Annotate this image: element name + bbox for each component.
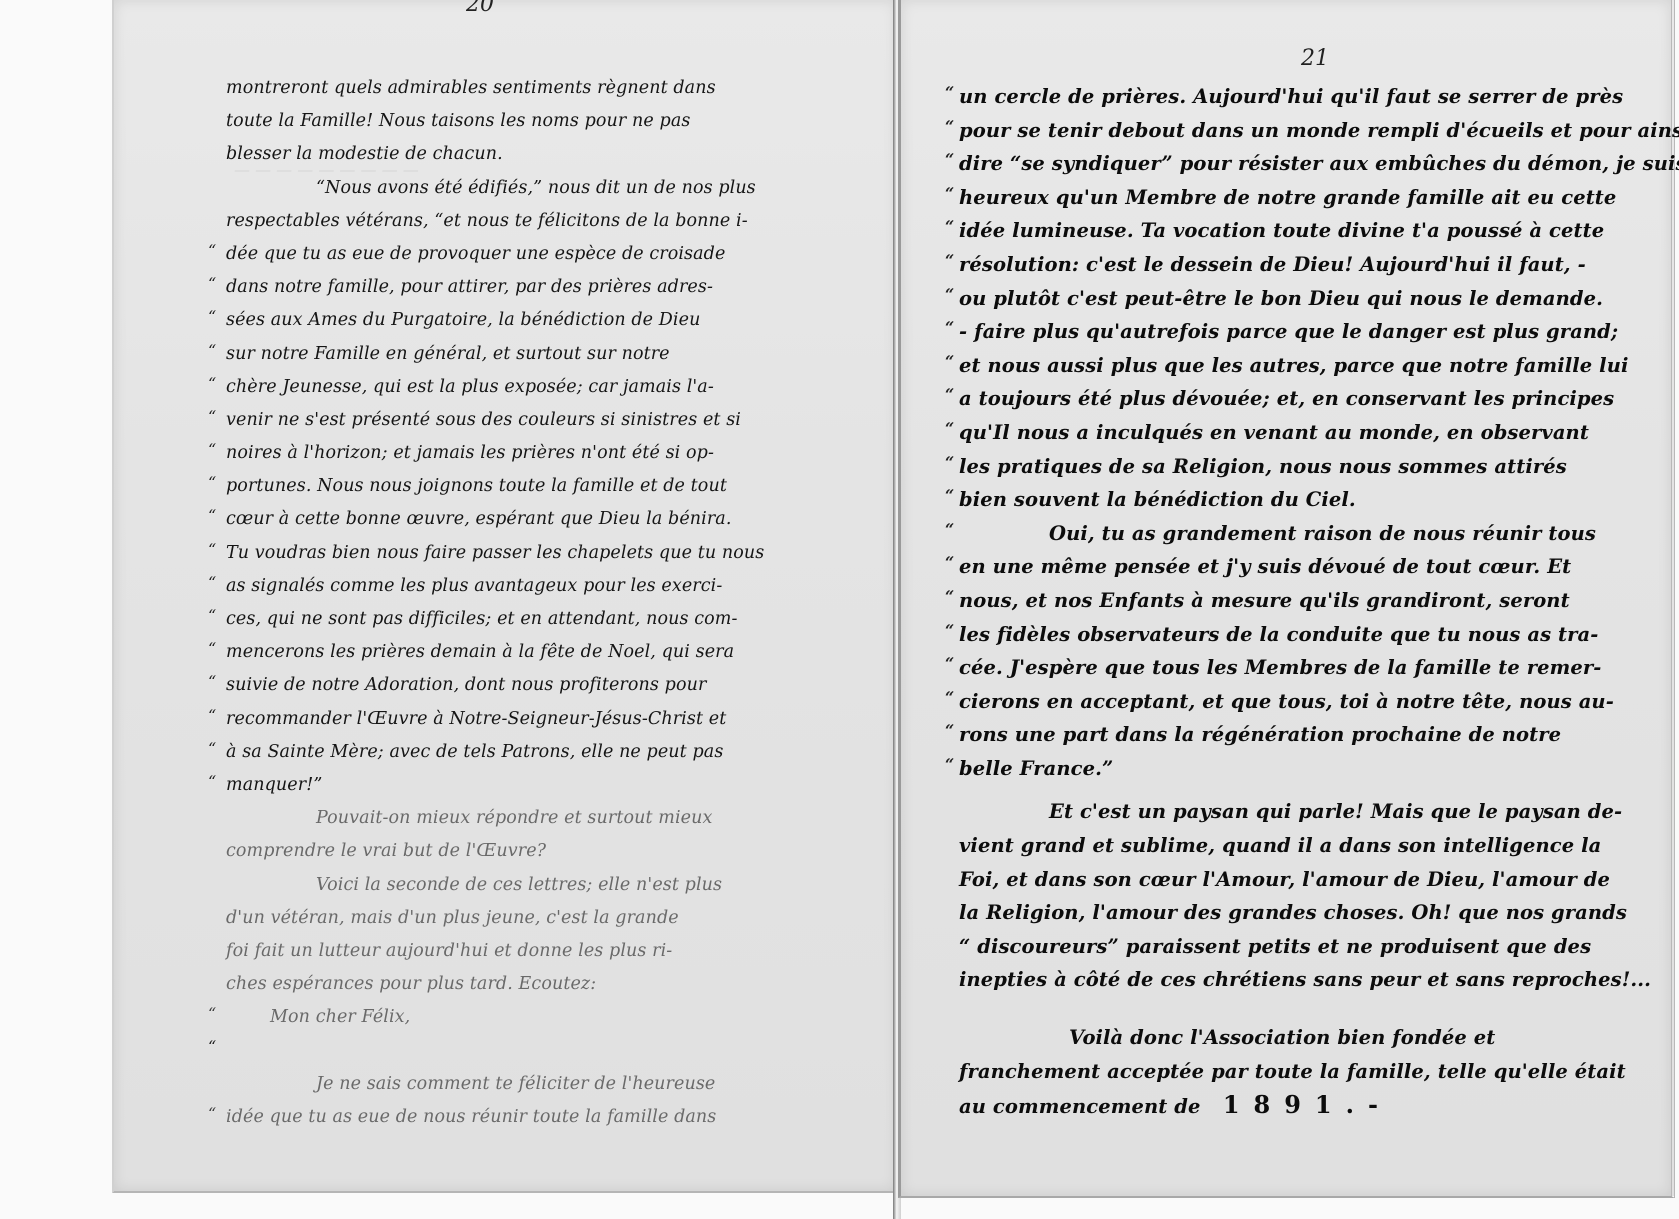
notebook-spread: 20 — — — — — — — — — montreront quels ad… (0, 0, 1679, 1219)
line-text: dire “se syndiquer” pour résister aux em… (959, 152, 1679, 175)
line-text: et nous aussi plus que les autres, parce… (959, 354, 1628, 377)
line-text: sur notre Famille en général, et surtout… (226, 344, 670, 364)
quote-mark-margin: “ (208, 300, 216, 333)
handwritten-line: “Mon cher Félix, (226, 1001, 866, 1034)
handwritten-line: “Tu voudras bien nous faire passer les c… (226, 537, 866, 570)
handwritten-line: “ discoureurs” paraissent petits et ne p… (959, 930, 1639, 964)
line-text: les pratiques de sa Religion, nous nous … (959, 455, 1567, 478)
handwritten-line: “manquer!” (226, 769, 866, 802)
handwritten-line: “nous, et nos Enfants à mesure qu'ils gr… (959, 584, 1639, 618)
handwritten-line: foi fait un lutteur aujourd'hui et donne… (226, 935, 866, 968)
handwritten-line: Voici la seconde de ces lettres; elle n'… (226, 869, 866, 902)
handwritten-line: inepties à côté de ces chrétiens sans pe… (959, 963, 1639, 997)
quote-mark-margin: “ (945, 76, 954, 110)
line-text: nous, et nos Enfants à mesure qu'ils gra… (959, 589, 1570, 612)
line-text: Foi, et dans son cœur l'Amour, l'amour d… (959, 868, 1610, 891)
line-text: vient grand et sublime, quand il a dans … (959, 834, 1601, 857)
line-text: idée que tu as eue de nous réunir toute … (226, 1107, 716, 1127)
handwritten-line: “en une même pensée et j'y suis dévoué d… (959, 550, 1639, 584)
handwritten-line: vient grand et sublime, quand il a dans … (959, 829, 1639, 863)
line-text: Voilà donc l'Association bien fondée et (1069, 1026, 1495, 1049)
quote-mark-margin: “ (208, 566, 216, 599)
handwritten-line: “à sa Sainte Mère; avec de tels Patrons,… (226, 736, 866, 769)
handwritten-line: Pouvait-on mieux répondre et surtout mie… (226, 802, 866, 835)
quote-mark-margin: “ (208, 632, 216, 665)
line-text: Voici la seconde de ces lettres; elle n'… (316, 875, 722, 895)
line-text: au commencement de (959, 1095, 1200, 1118)
year-text: 1891.- (1200, 1090, 1391, 1119)
line-text: Je ne sais comment te féliciter de l'heu… (316, 1074, 715, 1094)
line-text: les fidèles observateurs de la conduite … (959, 623, 1598, 646)
handwritten-line: “suivie de notre Adoration, dont nous pr… (226, 669, 866, 702)
line-text: qu'Il nous a inculqués en venant au mond… (959, 421, 1589, 444)
line-text: chère Jeunesse, qui est la plus exposée;… (226, 377, 714, 397)
line-text: toute la Famille! Nous taisons les noms … (226, 111, 690, 131)
page-number-right: 21 (1301, 46, 1329, 71)
handwritten-line: “cœur à cette bonne œuvre, espérant que … (226, 503, 866, 536)
line-text: ou plutôt c'est peut-être le bon Dieu qu… (959, 287, 1603, 310)
quote-mark-margin: “ (208, 1030, 216, 1063)
handwritten-line: d'un vétéran, mais d'un plus jeune, c'es… (226, 902, 866, 935)
line-text: suivie de notre Adoration, dont nous pro… (226, 675, 706, 695)
quote-mark-margin: “ (208, 599, 216, 632)
handwritten-line: “venir ne s'est présenté sous des couleu… (226, 404, 866, 437)
line-text: bien souvent la bénédiction du Ciel. (959, 488, 1356, 511)
line-text: foi fait un lutteur aujourd'hui et donne… (226, 941, 672, 961)
handwritten-line: “as signalés comme les plus avantageux p… (226, 570, 866, 603)
line-text: venir ne s'est présenté sous des couleur… (226, 410, 741, 430)
line-text: portunes. Nous nous joignons toute la fa… (226, 476, 727, 496)
line-text: cœur à cette bonne œuvre, espérant que D… (226, 509, 732, 529)
line-text: montreront quels admirables sentiments r… (226, 78, 716, 98)
handwritten-line: “ces, qui ne sont pas difficiles; et en … (226, 603, 866, 636)
quote-mark-margin: “ (208, 367, 216, 400)
quote-mark-margin: “ (945, 513, 954, 547)
handwritten-line: “sées aux Ames du Purgatoire, la bénédic… (226, 304, 866, 337)
quote-mark-margin: “ (208, 267, 216, 300)
line-text: dans notre famille, pour attirer, par de… (226, 277, 713, 297)
quote-mark-margin: “ (945, 412, 954, 446)
quote-mark-margin: “ (208, 433, 216, 466)
quote-mark-margin: “ (945, 110, 954, 144)
handwritten-line: comprendre le vrai but de l'Œuvre? (226, 835, 866, 868)
quote-mark-margin: “ (945, 210, 954, 244)
left-page: 20 — — — — — — — — — montreront quels ad… (112, 0, 899, 1193)
handwritten-line: respectables vétérans, “et nous te félic… (226, 205, 866, 238)
handwritten-line: “un cercle de prières. Aujourd'hui qu'il… (959, 80, 1639, 114)
handwritten-line: franchement acceptée par toute la famill… (959, 1055, 1639, 1089)
handwritten-line: Et c'est un paysan qui parle! Mais que l… (959, 795, 1639, 829)
line-text: inepties à côté de ces chrétiens sans pe… (959, 968, 1651, 991)
quote-mark-margin: “ (945, 177, 954, 211)
line-text: idée lumineuse. Ta vocation toute divine… (959, 219, 1604, 242)
line-text: résolution: c'est le dessein de Dieu! Au… (959, 253, 1586, 276)
quote-mark-margin: “ (945, 244, 954, 278)
handwritten-line: “a toujours été plus dévouée; et, en con… (959, 382, 1639, 416)
line-text: heureux qu'un Membre de notre grande fam… (959, 186, 1616, 209)
line-text: mencerons les prières demain à la fête d… (226, 642, 734, 662)
quote-mark-margin: “ (945, 446, 954, 480)
line-text: as signalés comme les plus avantageux po… (226, 576, 722, 596)
handwritten-line: “idée que tu as eue de nous réunir toute… (226, 1101, 866, 1134)
handwritten-line: “cierons en acceptant, et que tous, toi … (959, 685, 1639, 719)
handwritten-line: “dire “se syndiquer” pour résister aux e… (959, 147, 1639, 181)
handwritten-line: “portunes. Nous nous joignons toute la f… (226, 470, 866, 503)
quote-mark-margin: “ (945, 546, 954, 580)
quote-mark-margin: “ (945, 143, 954, 177)
quote-mark-margin: “ (208, 334, 216, 367)
line-text: d'un vétéran, mais d'un plus jeune, c'es… (226, 908, 679, 928)
handwritten-line: “dans notre famille, pour attirer, par d… (226, 271, 866, 304)
line-text: blesser la modestie de chacun. (226, 144, 503, 164)
line-text: a toujours été plus dévouée; et, en cons… (959, 387, 1614, 410)
handwritten-line: “les fidèles observateurs de la conduite… (959, 618, 1639, 652)
quote-mark-margin: “ (945, 378, 954, 412)
handwritten-line: “et nous aussi plus que les autres, parc… (959, 349, 1639, 383)
line-text: la Religion, l'amour des grandes choses.… (959, 901, 1627, 924)
line-text: ches espérances pour plus tard. Ecoutez: (226, 974, 596, 994)
quote-mark-margin: “ (208, 533, 216, 566)
quote-mark-margin: “ (945, 345, 954, 379)
line-text: dée que tu as eue de provoquer une espèc… (226, 244, 725, 264)
handwritten-line: blesser la modestie de chacun. (226, 138, 866, 171)
line-text: franchement acceptée par toute la famill… (959, 1060, 1626, 1083)
handwritten-line: toute la Famille! Nous taisons les noms … (226, 105, 866, 138)
line-text: rons une part dans la régénération proch… (959, 723, 1561, 746)
quote-mark-margin: “ (208, 732, 216, 765)
handwritten-line: “sur notre Famille en général, et surtou… (226, 338, 866, 371)
handwritten-line: Voilà donc l'Association bien fondée et (959, 1021, 1639, 1055)
quote-mark-margin: “ (945, 748, 954, 782)
handwritten-line: “belle France.” (959, 752, 1639, 786)
line-text: cée. J'espère que tous les Membres de la… (959, 656, 1601, 679)
quote-mark-margin: “ (208, 400, 216, 433)
handwritten-line: Je ne sais comment te féliciter de l'heu… (226, 1068, 866, 1101)
quote-mark-margin: “ (945, 479, 954, 513)
handwritten-line: “idée lumineuse. Ta vocation toute divin… (959, 214, 1639, 248)
handwritten-line: “ (226, 1034, 866, 1067)
line-text: en une même pensée et j'y suis dévoué de… (959, 555, 1571, 578)
line-text: belle France.” (959, 757, 1113, 780)
quote-mark-margin: “ (208, 699, 216, 732)
line-text: “Nous avons été édifiés,” nous dit un de… (316, 178, 756, 198)
line-text: Mon cher Félix, (270, 1007, 410, 1027)
handwritten-line: “cée. J'espère que tous les Membres de l… (959, 651, 1639, 685)
left-page-text: montreront quels admirables sentiments r… (226, 72, 866, 1134)
quote-mark-margin: “ (945, 580, 954, 614)
quote-mark-margin: “ (208, 234, 216, 267)
handwritten-line: “Nous avons été édifiés,” nous dit un de… (226, 172, 866, 205)
quote-mark-margin: “ (208, 499, 216, 532)
right-page: 21 “un cercle de prières. Aujourd'hui qu… (898, 0, 1675, 1198)
line-text: cierons en acceptant, et que tous, toi à… (959, 690, 1614, 713)
handwritten-line: “heureux qu'un Membre de notre grande fa… (959, 181, 1639, 215)
line-text: Oui, tu as grandement raison de nous réu… (1049, 522, 1596, 545)
handwritten-line: “les pratiques de sa Religion, nous nous… (959, 450, 1639, 484)
line-text: recommander l'Œuvre à Notre-Seigneur-Jés… (226, 709, 726, 729)
line-text: “ discoureurs” paraissent petits et ne p… (959, 935, 1591, 958)
line-text: Tu voudras bien nous faire passer les ch… (226, 543, 764, 563)
line-text: Et c'est un paysan qui parle! Mais que l… (1049, 800, 1622, 823)
quote-mark-margin: “ (945, 681, 954, 715)
handwritten-line: “qu'Il nous a inculqués en venant au mon… (959, 416, 1639, 450)
line-text: comprendre le vrai but de l'Œuvre? (226, 841, 546, 861)
quote-mark-margin: “ (208, 997, 216, 1030)
quote-mark-margin: “ (208, 466, 216, 499)
quote-mark-margin: “ (945, 278, 954, 312)
handwritten-line: “- faire plus qu'autrefois parce que le … (959, 315, 1639, 349)
handwritten-line: “Oui, tu as grandement raison de nous ré… (959, 517, 1639, 551)
line-text: à sa Sainte Mère; avec de tels Patrons, … (226, 742, 723, 762)
handwritten-line: au commencement de 1891.- (959, 1088, 1639, 1122)
handwritten-line: “pour se tenir debout dans un monde remp… (959, 114, 1639, 148)
quote-mark-margin: “ (945, 614, 954, 648)
handwritten-line: “noires à l'horizon; et jamais les prièr… (226, 437, 866, 470)
line-text: pour se tenir debout dans un monde rempl… (959, 119, 1679, 142)
line-text: - faire plus qu'autrefois parce que le d… (959, 320, 1618, 343)
handwritten-line: ches espérances pour plus tard. Ecoutez: (226, 968, 866, 1001)
handwritten-line: “résolution: c'est le dessein de Dieu! A… (959, 248, 1639, 282)
line-text: noires à l'horizon; et jamais les prière… (226, 443, 714, 463)
quote-mark-margin: “ (208, 1097, 216, 1130)
quote-mark-margin: “ (945, 647, 954, 681)
quote-mark-margin: “ (945, 311, 954, 345)
handwritten-line: “chère Jeunesse, qui est la plus exposée… (226, 371, 866, 404)
quote-mark-margin: “ (208, 665, 216, 698)
line-text: un cercle de prières. Aujourd'hui qu'il … (959, 85, 1623, 108)
handwritten-line: montreront quels admirables sentiments r… (226, 72, 866, 105)
handwritten-line: Foi, et dans son cœur l'Amour, l'amour d… (959, 863, 1639, 897)
handwritten-line: “mencerons les prières demain à la fête … (226, 636, 866, 669)
line-text: manquer!” (226, 775, 322, 795)
line-text: sées aux Ames du Purgatoire, la bénédict… (226, 310, 700, 330)
quote-mark-margin: “ (208, 765, 216, 798)
handwritten-line: “recommander l'Œuvre à Notre-Seigneur-Jé… (226, 703, 866, 736)
handwritten-line: “rons une part dans la régénération proc… (959, 718, 1639, 752)
handwritten-line: “bien souvent la bénédiction du Ciel. (959, 483, 1639, 517)
quote-mark-margin: “ (945, 714, 954, 748)
page-number-left: 20 (466, 0, 494, 17)
line-text: ces, qui ne sont pas difficiles; et en a… (226, 609, 738, 629)
handwritten-line: “dée que tu as eue de provoquer une espè… (226, 238, 866, 271)
line-text: Pouvait-on mieux répondre et surtout mie… (316, 808, 712, 828)
line-text: respectables vétérans, “et nous te félic… (226, 211, 748, 231)
right-page-text: “un cercle de prières. Aujourd'hui qu'il… (959, 80, 1639, 1122)
handwritten-line: “ou plutôt c'est peut-être le bon Dieu q… (959, 282, 1639, 316)
handwritten-line: la Religion, l'amour des grandes choses.… (959, 896, 1639, 930)
